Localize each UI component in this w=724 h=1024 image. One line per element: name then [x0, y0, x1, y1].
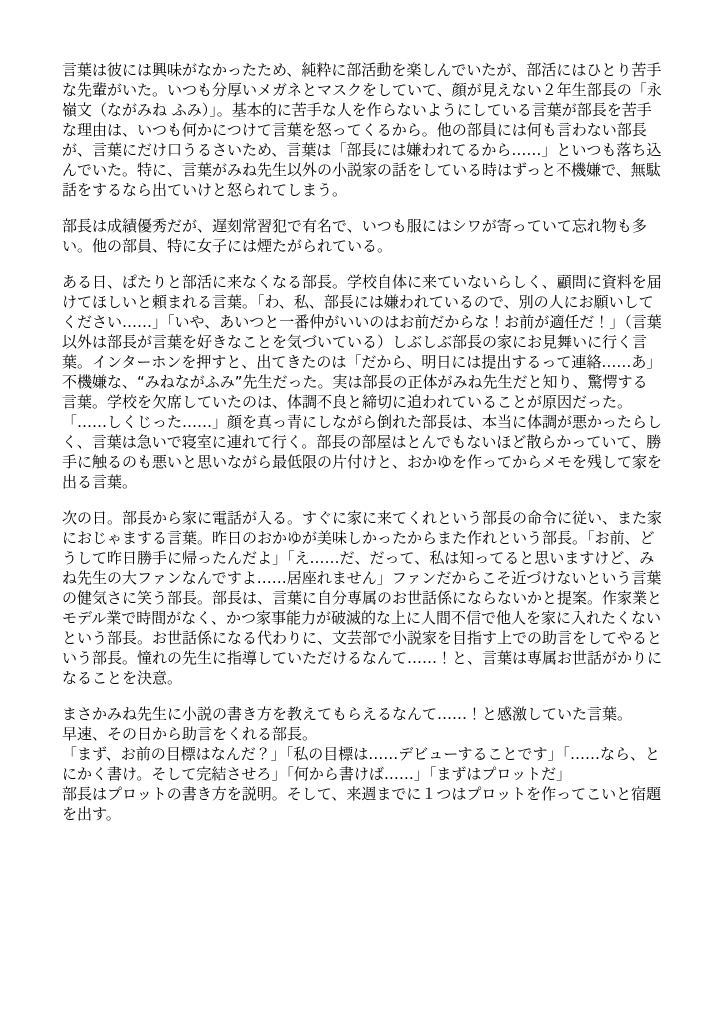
paragraph-4: 次の日。部長から家に電話が入る。すぐに家に来てくれという部長の命令に従い、また家…	[62, 508, 662, 688]
paragraph-1: 言葉は彼には興味がなかったため、純粋に部活動を楽しんでいたが、部活にはひとり苦手…	[62, 60, 662, 200]
paragraph-5: まさかみね先生に小説の書き方を教えてもらえるなんて……！と感激していた言葉。 早…	[62, 704, 662, 824]
paragraph-3: ある日、ぱたりと部活に来なくなる部長。学校自体に来ていないらしく、顧問に資料を届…	[62, 272, 662, 492]
document-page: 言葉は彼には興味がなかったため、純粋に部活動を楽しんでいたが、部活にはひとり苦手…	[0, 0, 724, 1024]
paragraph-2: 部長は成績優秀だが、遅刻常習犯で有名で、いつも服にはシワが寄っていて忘れ物も多い…	[62, 216, 662, 256]
